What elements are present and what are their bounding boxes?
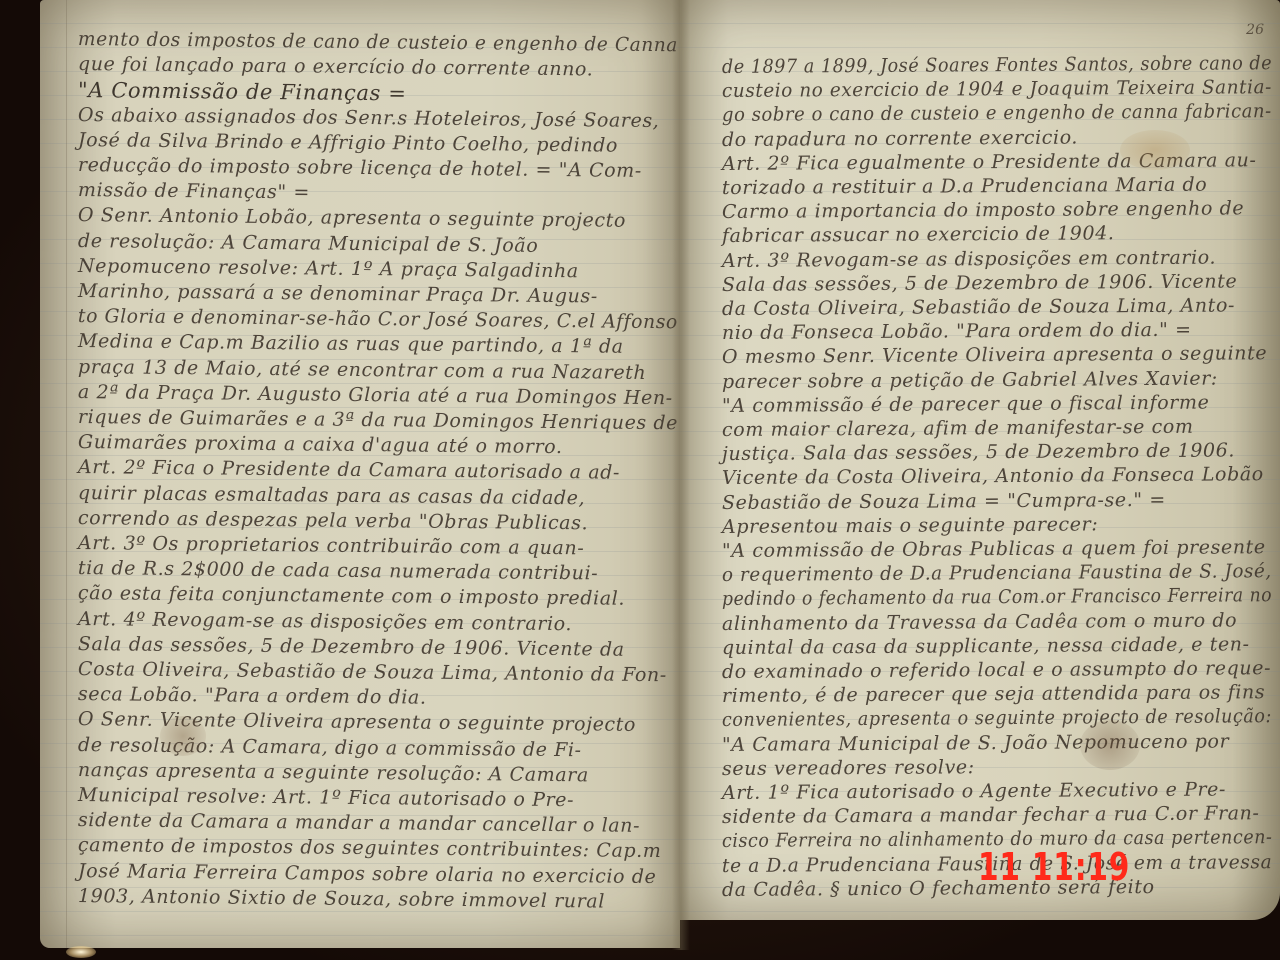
handwritten-line: Carmo a importancia do imposto sobre eng… xyxy=(722,198,1244,224)
handwritten-line: o requerimento de D.a Prudenciana Fausti… xyxy=(722,560,1252,586)
handwritten-line: do examinado o referido local e o assump… xyxy=(722,657,1271,683)
handwritten-line: riques de Guimarães e a 3ª da rua Doming… xyxy=(78,406,676,434)
handwritten-line: O Senr. Vicente Oliveira apresenta o seg… xyxy=(78,708,636,736)
handwritten-line: Costa Oliveira, Sebastião de Souza Lima,… xyxy=(78,658,667,686)
handwritten-line: "A commissão é de parecer que o fiscal i… xyxy=(722,391,1210,416)
handwritten-line: çamento de impostos dos seguintes contri… xyxy=(78,834,662,862)
handwritten-line: rimento, é de parecer que seja attendida… xyxy=(722,681,1265,707)
handwritten-line: 1903, Antonio Sixtio de Souza, sobre imm… xyxy=(78,885,605,913)
handwritten-line: fabricar assucar no exercicio de 1904. xyxy=(722,223,1115,248)
handwritten-line: quintal da casa da supplicante, nessa ci… xyxy=(722,633,1250,659)
right-page: 26 de 1897 a 1899, José Soares Fontes Sa… xyxy=(680,0,1280,920)
left-page: mento dos impostos de cano de custeio e … xyxy=(40,0,680,948)
handwritten-line: Vicente da Costa Oliveira, Antonio da Fo… xyxy=(722,464,1264,490)
handwritten-line: O Senr. Antonio Lobão, apresenta o segui… xyxy=(78,204,626,232)
book-gutter xyxy=(672,0,690,950)
handwritten-line: Os abaixo assignados dos Senr.s Hoteleir… xyxy=(78,104,660,132)
handwritten-line: Sala das sessões, 5 de Dezembro de 1906.… xyxy=(722,270,1237,296)
handwritten-line: mento dos impostos de cano de custeio e … xyxy=(78,28,664,56)
book-photo-background: mento dos impostos de cano de custeio e … xyxy=(0,0,1280,960)
handwritten-line: sidente da Camara a mandar fechar a rua … xyxy=(722,802,1260,828)
handwritten-line: nio da Fonseca Lobão. "Para ordem do dia… xyxy=(722,319,1192,344)
handwritten-line: de 1897 a 1899, José Soares Fontes Santo… xyxy=(722,52,1230,78)
handwritten-line: "A Camara Municipal de S. João Nepomucen… xyxy=(722,730,1229,756)
handwritten-line: convenientes, apresenta o seguinte proje… xyxy=(722,706,1230,732)
handwritten-line: Art. 2º Fica o Presidente da Camara auto… xyxy=(78,456,620,484)
handwritten-line: Sala das sessões, 5 de Dezembro de 1906.… xyxy=(78,633,625,661)
handwritten-line: com maior clareza, afim de manifestar-se… xyxy=(722,416,1194,441)
handwritten-line: missão de Finanças" = xyxy=(78,179,310,203)
handwritten-line: correndo as despezas pela verba "Obras P… xyxy=(78,507,588,534)
handwritten-line: Nepomuceno resolve: Art. 1º A praça Salg… xyxy=(78,255,579,282)
handwritten-line: José Maria Ferreira Campos sobre olaria … xyxy=(78,860,657,888)
handwritten-line: O mesmo Senr. Vicente Oliveira apresenta… xyxy=(722,343,1267,369)
handwritten-line: da Costa Oliveira, Sebastião de Souza Li… xyxy=(722,294,1235,320)
handwritten-line: justiça. Sala das sessões, 5 de Dezembro… xyxy=(722,440,1235,466)
handwritten-line: Art. 2º Fica egualmente o Presidente da … xyxy=(722,149,1257,175)
handwritten-line: pedindo o fechamento da rua Com.or Franc… xyxy=(722,585,1220,610)
handwritten-line: Marinho, passará a se denominar Praça Dr… xyxy=(78,280,598,307)
handwritten-line: sidente da Camara a mandar a mandar canc… xyxy=(78,809,640,837)
handwritten-line: praça 13 de Maio, até se encontrar com a… xyxy=(78,356,647,384)
handwritten-line: Apresentou mais o seguinte parecer: xyxy=(722,513,1098,538)
handwritten-line: torizado a restituir a D.a Prudenciana M… xyxy=(722,174,1207,199)
handwritten-line: "A Commissão de Finanças = xyxy=(78,78,407,105)
handwritten-line: ção esta feita conjunctamente com o impo… xyxy=(78,582,625,610)
handwritten-line: seca Lobão. "Para a ordem do dia. xyxy=(78,683,427,709)
handwritten-line: de resolução: A Camara Municipal de S. J… xyxy=(78,230,539,257)
handwritten-line: nanças apresenta a seguinte resolução: A… xyxy=(78,759,589,786)
handwritten-line: quirir placas esmaltadas para as casas d… xyxy=(78,482,585,509)
right-page-text: de 1897 a 1899, José Soares Fontes Santo… xyxy=(680,0,1280,920)
handwritten-line: José da Silva Brindo e Affrigio Pinto Co… xyxy=(78,129,618,157)
handwritten-line: Art. 3º Revogam-se as disposições em con… xyxy=(722,246,1216,271)
handwritten-line: Art. 3º Os proprietarios contribuirão co… xyxy=(78,532,585,559)
handwritten-line: Medina e Cap.m Bazilio as ruas que parti… xyxy=(78,330,624,358)
handwritten-line: Guimarães proxima a caixa d'agua até o m… xyxy=(78,431,563,458)
handwritten-line: parecer sobre a petição de Gabriel Alves… xyxy=(722,367,1218,392)
handwritten-line: cisco Ferreira no alinhamento do muro da… xyxy=(722,827,1228,853)
handwritten-line: alinhamento da Travessa da Cadêa com o m… xyxy=(722,609,1237,635)
handwritten-line: "A commissão de Obras Publicas a quem fo… xyxy=(722,536,1266,562)
handwritten-line: a 2ª da Praça Dr. Augusto Gloria até a r… xyxy=(78,381,673,409)
handwritten-line: de resolução: A Camara, digo a commissão… xyxy=(78,734,582,761)
handwritten-line: go sobre o cano de custeio e engenho de … xyxy=(722,101,1242,127)
flash-reflection xyxy=(66,946,96,958)
handwritten-line: que foi lançado para o exercício do corr… xyxy=(78,53,594,80)
handwritten-line: do rapadura no corrente exercicio. xyxy=(722,126,1078,150)
handwritten-line: to Gloria e denominar-se-hão C.or José S… xyxy=(78,305,670,333)
handwritten-line: Municipal resolve: Art. 1º Fica autorisa… xyxy=(78,784,574,811)
camera-timestamp: 11 11:19 xyxy=(978,845,1130,889)
left-page-text: mento dos impostos de cano de custeio e … xyxy=(40,0,680,948)
handwritten-line: reducção do imposto sobre licença de hot… xyxy=(78,154,642,182)
handwritten-line: tia de R.s 2$000 de cada casa numerada c… xyxy=(78,557,598,584)
handwritten-line: seus vereadores resolve: xyxy=(722,756,975,780)
handwritten-line: Art. 1º Fica autorisado o Agente Executi… xyxy=(722,778,1226,804)
handwritten-line: Art. 4º Revogam-se as disposições em con… xyxy=(78,608,572,635)
handwritten-line: Sebastião de Souza Lima = "Cumpra-se." = xyxy=(722,488,1166,513)
handwritten-line: custeio no exercicio de 1904 e Joaquim T… xyxy=(722,76,1255,102)
